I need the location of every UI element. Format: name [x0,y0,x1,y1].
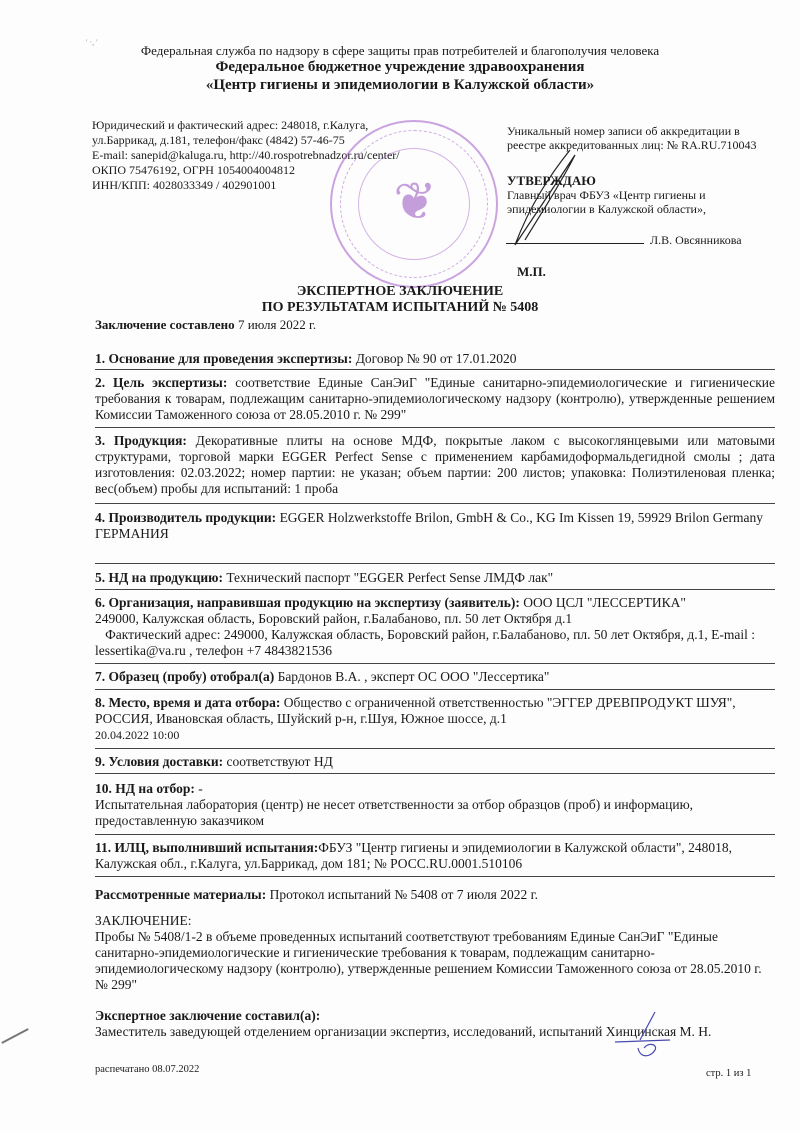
section-11: 11. ИЛЦ, выполнивший испытания:ФБУЗ "Цен… [95,840,775,872]
institution-name: «Центр гигиены и эпидемиологии в Калужск… [0,77,800,94]
section-5-text: Технический паспорт "EGGER Perfect Sense… [223,570,553,585]
divider [95,748,775,749]
section-9: 9. Условия доставки: соответствуют НД [95,754,775,770]
section-8: 8. Место, время и дата отбора: Общество … [95,695,775,743]
printed-date: распечатано 08.07.2022 [95,1064,199,1075]
document-page: ' ·, ' Федеральная служба по надзору в с… [0,0,800,1132]
section-8-datetime: 20.04.2022 10:00 [95,727,775,743]
approver-signature-icon [510,145,620,255]
section-1-text: Договор № 90 от 17.01.2020 [352,351,516,366]
author-label: Экспертное заключение составил(а): [95,1008,320,1023]
document-date: Заключение составлено 7 июля 2022 г. [95,317,316,333]
document-date-label: Заключение составлено [95,317,235,332]
divider [95,589,775,590]
section-10-label: 10. НД на отбор: [95,781,195,796]
section-2: 2. Цель экспертизы: соответствие Единые … [95,375,775,423]
section-6-legal-address: 249000, Калужская область, Боровский рай… [95,611,775,627]
section-5: 5. НД на продукцию: Технический паспорт … [95,570,775,586]
section-10-disclaimer: Испытательная лаборатория (центр) не нес… [95,797,775,829]
conclusion-heading: ЗАКЛЮЧЕНИЕ: [95,913,775,929]
divider [95,876,775,877]
section-9-text: соответствуют НД [223,754,333,769]
accreditation-line: Уникальный номер записи об аккредитации … [507,124,797,138]
section-6: 6. Организация, направившая продукцию на… [95,595,775,659]
page-number: стр. 1 из 1 [706,1068,751,1079]
section-10: 10. НД на отбор: - Испытательная лаборат… [95,781,775,829]
section-6-text: ООО ЦСЛ "ЛЕССЕРТИКА" [520,595,686,610]
author-signature-icon [600,1010,680,1060]
margin-mark [1,1028,28,1044]
author-text: Заместитель заведующей отделением органи… [95,1024,795,1040]
section-5-label: 5. НД на продукцию: [95,570,223,585]
section-7-label: 7. Образец (пробу) отобрал(а) [95,669,274,684]
section-2-label: 2. Цель экспертизы: [95,375,227,390]
document-date-value: 7 июля 2022 г. [235,317,316,332]
section-7: 7. Образец (пробу) отобрал(а) Бардонов В… [95,669,775,685]
section-11-label: 11. ИЛЦ, выполнивший испытания: [95,840,318,855]
section-3: 3. Продукция: Декоративные плиты на осно… [95,433,775,497]
reviewed-text: Протокол испытаний № 5408 от 7 июля 2022… [266,887,538,902]
document-title: ЭКСПЕРТНОЕ ЗАКЛЮЧЕНИЕ [0,284,800,300]
document-subtitle: ПО РЕЗУЛЬТАТАМ ИСПЫТАНИЙ № 5408 [0,300,800,316]
section-8-label: 8. Место, время и дата отбора: [95,695,280,710]
section-1-label: 1. Основание для проведения экспертизы: [95,351,352,366]
divider [95,834,775,835]
section-10-text: - [195,781,203,796]
author-block: Экспертное заключение составил(а): Замес… [95,1008,795,1040]
divider [95,563,775,564]
section-3-label: 3. Продукция: [95,433,187,448]
section-6-label: 6. Организация, направившая продукцию на… [95,595,520,610]
reviewed-materials: Рассмотренные материалы: Протокол испыта… [95,887,775,903]
conclusion-text: Пробы № 5408/1-2 в объеме проведенных ис… [95,929,775,993]
section-4-country: ГЕРМАНИЯ [95,526,775,542]
approver-name: Л.В. Овсянникова [650,233,742,248]
divider [95,503,775,504]
divider [95,663,775,664]
section-7-text: Бардонов В.А. , эксперт ОС ООО "Лессерти… [274,669,549,684]
conclusion: ЗАКЛЮЧЕНИЕ: Пробы № 5408/1-2 в объеме пр… [95,913,775,993]
seal-mark: М.П. [517,264,546,280]
coat-of-arms-icon: ❦ [380,168,450,238]
agency-name: Федеральная служба по надзору в сфере за… [0,43,800,59]
divider [95,689,775,690]
divider [95,369,775,370]
section-6-actual-address: Фактический адрес: 249000, Калужская обл… [95,627,775,659]
section-1: 1. Основание для проведения экспертизы: … [95,351,775,367]
section-9-label: 9. Условия доставки: [95,754,223,769]
reviewed-label: Рассмотренные материалы: [95,887,266,902]
section-4: 4. Производитель продукции: EGGER Holzwe… [95,510,775,542]
section-4-label: 4. Производитель продукции: [95,510,276,525]
divider [95,427,775,428]
divider [95,773,775,774]
section-4-text: EGGER Holzwerkstoffe Brilon, GmbH & Co.,… [276,510,763,525]
section-3-text: Декоративные плиты на основе МДФ, покрыт… [95,433,775,496]
institution-type: Федеральное бюджетное учреждение здравоо… [0,59,800,76]
